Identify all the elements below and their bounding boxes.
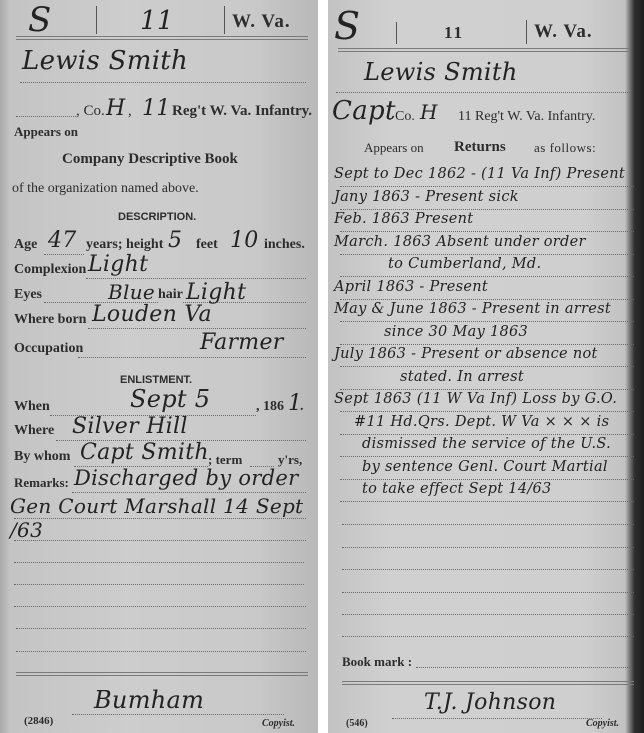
remarks-line-3: /63 <box>10 518 43 542</box>
return-entry-text: dismissed the service of the U.S. <box>362 436 611 452</box>
descriptive-book-card: S 11 W. Va. Lewis Smith , Co. H , 11 Reg… <box>0 0 318 733</box>
remarks-line-1: Discharged by order <box>74 466 298 490</box>
when-value: Sept 5 <box>130 385 210 413</box>
blank-line <box>342 569 634 570</box>
rank-value: Capt <box>332 96 396 126</box>
header-regiment-number: 11 <box>140 6 174 36</box>
return-entry-text: #11 Hd.Qrs. Dept. W Va × × × is <box>354 414 609 430</box>
copyist-label: Copyist. <box>262 718 295 729</box>
occupation-value: Farmer <box>200 330 284 355</box>
form-number: (546) <box>346 718 368 729</box>
blank-line <box>14 562 304 563</box>
blank-line <box>16 116 76 117</box>
description-heading: DESCRIPTION. <box>118 211 196 223</box>
entry-line <box>340 209 634 210</box>
entry-line <box>340 231 634 232</box>
blank-line <box>342 614 634 615</box>
feet-label: feet <box>196 237 218 253</box>
by-whom-value: Capt Smith <box>80 440 209 465</box>
inches-label: inches. <box>264 237 305 253</box>
appears-on-label: Appears on <box>364 140 424 156</box>
blank-line <box>14 584 304 585</box>
header-divider <box>96 6 97 34</box>
as-follows-label: as follows: <box>534 140 596 156</box>
header-divider <box>526 20 527 44</box>
blank-line <box>342 524 634 525</box>
born-line <box>88 328 306 329</box>
comma: , <box>128 103 132 120</box>
hair-label: hair <box>158 287 183 303</box>
organization-text: of the organization named above. <box>12 181 199 197</box>
return-entry-text: May & June 1863 - Present in arrest <box>334 301 611 317</box>
age-label: Age <box>14 237 37 253</box>
born-value: Louden Va <box>92 302 212 327</box>
copyist-label: Copyist. <box>586 718 619 729</box>
year-suffix: . <box>300 399 304 415</box>
blank-line <box>16 628 306 629</box>
age-line <box>44 254 84 255</box>
return-entry-text: Sept 1863 (11 W Va Inf) Loss by G.O. <box>334 391 617 407</box>
occupation-label: Occupation <box>14 341 83 357</box>
returns-card: S 11 W. Va. Lewis Smith Capt . Co. H 11 … <box>328 0 644 733</box>
header-rule <box>16 36 308 40</box>
signature-line <box>72 714 284 715</box>
entry-line <box>340 321 634 322</box>
remarks-line <box>72 492 306 493</box>
entry-line <box>340 254 634 255</box>
entry-line <box>340 344 634 345</box>
entry-line <box>340 456 634 457</box>
co-label: , Co. <box>76 103 105 120</box>
header-rule <box>338 48 630 52</box>
regiment-suffix: Reg't W. Va. Infantry. <box>172 103 312 120</box>
header-state: W. Va. <box>534 21 593 43</box>
return-entry-text: Feb. 1863 Present <box>334 211 473 227</box>
height-inches-value: 10 <box>230 228 259 253</box>
blank-line <box>14 540 306 541</box>
height-feet-value: 5 <box>168 228 182 253</box>
blank-line <box>342 636 634 637</box>
return-entry-text: to Cumberland, Md. <box>388 256 541 272</box>
book-title: Company Descriptive Book <box>62 151 238 168</box>
header-regiment-number: 11 <box>444 23 464 43</box>
footer-rule <box>342 681 634 685</box>
eyes-value: Blue <box>108 280 155 304</box>
returns-label: Returns <box>454 139 506 156</box>
return-entry-text: April 1863 - Present <box>334 279 488 295</box>
remarks-line-2: Gen Court Marshall 14 Sept <box>10 494 303 518</box>
entry-line <box>340 479 634 480</box>
co-label: . Co. <box>388 109 415 125</box>
entry-line <box>340 186 634 187</box>
remarks-label: Remarks: <box>14 475 69 491</box>
header-initial: S <box>334 4 360 48</box>
footer-rule <box>16 672 308 676</box>
name-line <box>336 92 630 93</box>
form-number: (2846) <box>24 715 53 727</box>
where-label: Where <box>14 423 54 439</box>
return-entry-text: to take effect Sept 14/63 <box>362 481 552 497</box>
header-initial: S <box>28 0 52 40</box>
complexion-label: Complexion <box>14 262 86 278</box>
return-entry-text: since 30 May 1863 <box>384 324 528 340</box>
when-label: When <box>14 399 50 415</box>
return-entry-text: by sentence Genl. Court Martial <box>362 459 608 475</box>
born-label: Where born <box>14 312 86 328</box>
blank-line <box>16 651 306 652</box>
complexion-line <box>86 278 306 279</box>
entry-line <box>340 366 634 367</box>
eyes-label: Eyes <box>14 287 42 303</box>
return-entry-text: Jany 1863 - Present sick <box>334 189 519 205</box>
book-mark-label: Book mark : <box>342 654 412 670</box>
entry-line <box>340 434 634 435</box>
entry-line <box>340 501 634 502</box>
book-mark-line <box>416 667 632 668</box>
entry-line <box>340 389 634 390</box>
company-letter: H <box>420 100 438 124</box>
remarks-line <box>14 518 306 519</box>
regiment-number: 11 <box>142 96 171 121</box>
regiment-suffix: 11 Reg't W. Va. Infantry. <box>458 109 595 125</box>
entry-line <box>340 411 634 412</box>
return-entry-text: March. 1863 Absent under order <box>334 234 586 250</box>
name-line <box>20 82 306 83</box>
header-state: W. Va. <box>232 11 291 33</box>
signature-line <box>392 718 602 719</box>
occupation-line <box>78 357 306 358</box>
soldier-name: Lewis Smith <box>22 46 188 76</box>
header-divider <box>396 22 397 44</box>
header-divider <box>224 6 225 34</box>
year-label: , 186 <box>256 399 284 415</box>
copyist-signature: Bumham <box>94 686 204 714</box>
return-entry-text: Sept to Dec 1862 - (11 Va Inf) Present <box>334 166 625 182</box>
where-value: Silver Hill <box>72 414 188 439</box>
blank-line <box>342 547 634 548</box>
company-letter: H <box>106 96 126 121</box>
entry-line <box>340 299 634 300</box>
height-label: years; height <box>86 237 163 253</box>
copyist-signature: T.J. Johnson <box>424 690 556 715</box>
soldier-name: Lewis Smith <box>364 58 518 86</box>
appears-on-label: Appears on <box>14 124 78 140</box>
blank-line <box>342 592 634 593</box>
return-entry-text: stated. In arrest <box>400 369 524 385</box>
entry-line <box>340 276 634 277</box>
return-entry-text: July 1863 - Present or absence not <box>334 346 598 362</box>
age-value: 47 <box>48 228 77 253</box>
blank-line <box>14 606 306 607</box>
by-whom-label: By whom <box>14 449 70 465</box>
complexion-value: Light <box>88 252 148 277</box>
